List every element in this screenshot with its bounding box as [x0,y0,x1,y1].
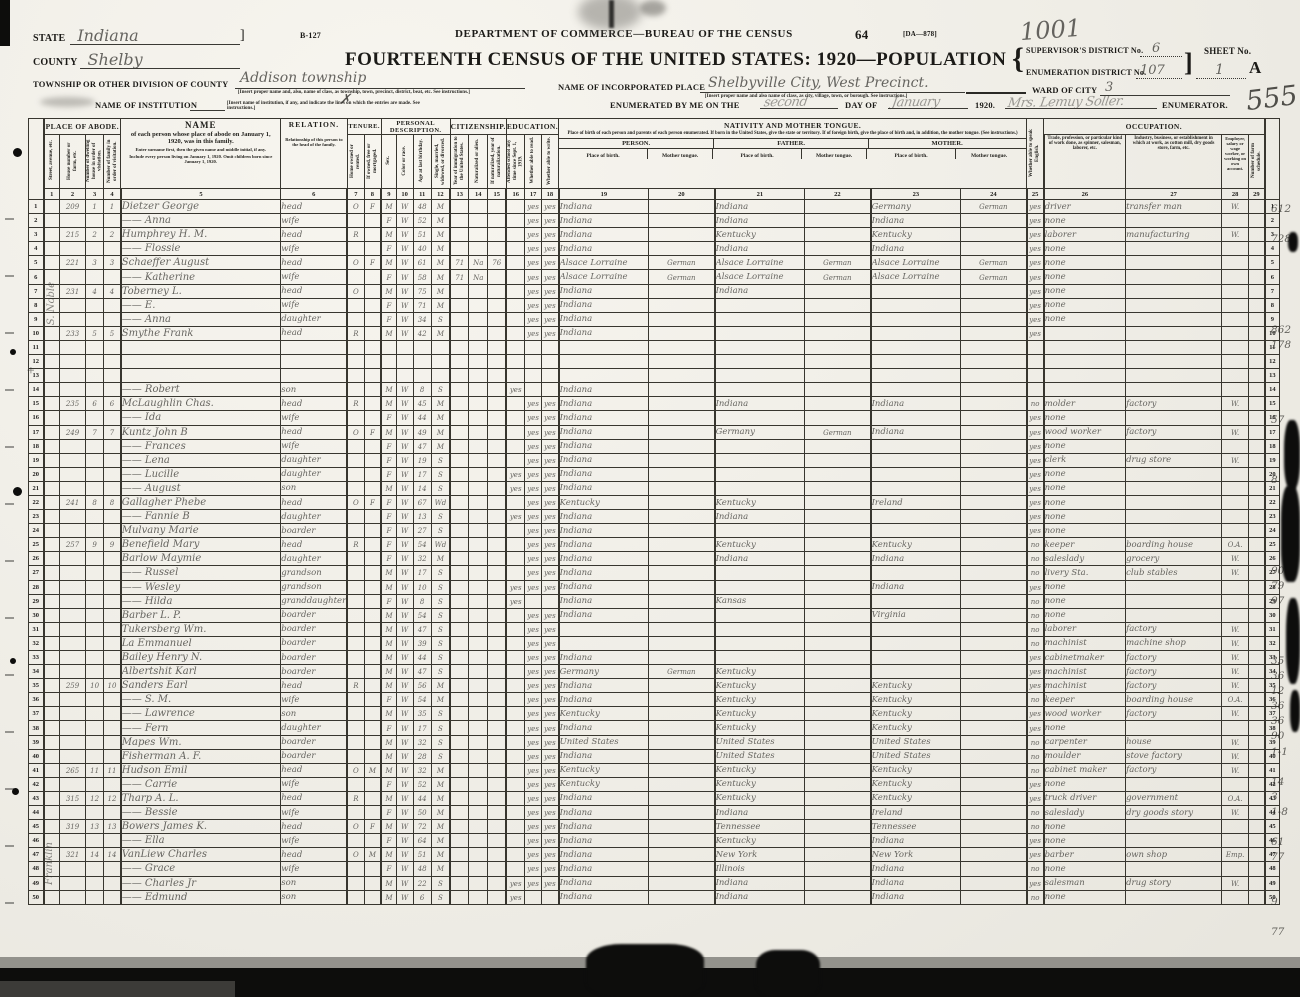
cell-home-owned [347,749,364,763]
cell-father-place-of-birth: Kentucky [715,707,805,721]
cell-color: W [396,707,413,721]
cell-industry [1126,312,1222,326]
cell-trade: none [1044,439,1126,453]
cell-dwelling-number [86,890,104,904]
cell-naturalization-year [488,411,507,425]
column-number: 10 [396,189,413,200]
cell-trade: saleslady [1044,552,1126,566]
cell-attended-school [506,355,524,369]
cell-sex: F [381,510,396,524]
cell-mother-mother-tongue [961,876,1027,890]
cell-trade: none [1044,721,1126,735]
cell-house-number: 221 [60,256,86,270]
margin-number: 97 [1271,595,1284,607]
cell-relation: wife [281,693,347,707]
cell-age: 14 [413,481,431,495]
cell-naturalization-year [488,735,507,749]
cell-family-number: 9 [104,538,121,552]
cell-mother-tongue [649,524,715,538]
margin-number: 77 [1271,926,1284,938]
cell-street [44,721,60,735]
cell-marital-status: S [431,608,450,622]
hole-punch [10,349,16,355]
cell-name: Gallagher Phebe [121,495,281,509]
cell-dwelling-number [86,298,104,312]
county-value: Shelby [88,50,143,69]
cell-employment [1222,834,1249,848]
cell-mortgage [364,552,381,566]
cell-speaks-english [1027,340,1044,354]
cell-employment [1222,214,1249,228]
census-row: 31Tukersberg Wm.boarderMW47Syesyesnolabo… [29,622,1280,636]
cell-farm-schedule [1249,340,1265,354]
cell-dwelling-number [86,862,104,876]
cell-father-mother-tongue [805,777,871,791]
cell-farm-schedule [1249,481,1265,495]
cell-mortgage: F [364,256,381,270]
cell-mother-mother-tongue [961,284,1027,298]
department-line: DEPARTMENT OF COMMERCE—BUREAU OF THE CEN… [455,28,793,40]
cell-father-mother-tongue [805,538,871,552]
cell-street [44,693,60,707]
row-number-left: 47 [29,848,44,862]
cell-naturalized [469,312,488,326]
row-number-left: 4 [29,242,44,256]
cell-dwelling-number: 8 [86,495,104,509]
cell-can-read: yes [525,284,542,298]
cell-street [44,326,60,340]
cell-marital-status: S [431,566,450,580]
cell-color: W [396,834,413,848]
cell-mother-mother-tongue [961,242,1027,256]
cell-immigration-year [450,622,469,636]
row-number-left: 8 [29,298,44,312]
cell-relation: wife [281,214,347,228]
cell-family-number [104,693,121,707]
cell-immigration-year: 71 [450,270,469,284]
cell-father-place-of-birth [715,411,805,425]
cell-father-mother-tongue [805,876,871,890]
cell-speaks-english: yes [1027,214,1044,228]
col-personal: Color or race. [396,135,413,189]
cell-color: W [396,200,413,214]
cell-farm-schedule [1249,369,1265,383]
cell-mother-place-of-birth [871,411,961,425]
cell-mother-place-of-birth [871,665,961,679]
cell-house-number [60,777,86,791]
cell-home-owned [347,298,364,312]
cell-mortgage [364,298,381,312]
cell-mother-place-of-birth: Kentucky [871,538,961,552]
col-industry: Industry, business, or establishment in … [1126,135,1222,189]
cell-home-owned: O [347,284,364,298]
cell-dwelling-number [86,876,104,890]
cell-family-number [104,566,121,580]
cell-age [413,355,431,369]
cell-farm-schedule [1249,397,1265,411]
cell-naturalization-year [488,552,507,566]
cell-marital-status: M [431,439,450,453]
row-number-left: 20 [29,467,44,481]
cell-attended-school: yes [506,876,524,890]
cell-house-number: 257 [60,538,86,552]
cell-age: 19 [413,453,431,467]
column-number: 20 [649,189,715,200]
cell-mother-tongue [649,707,715,721]
cell-house-number [60,749,86,763]
cell-speaks-english: no [1027,622,1044,636]
cell-father-mother-tongue [805,495,871,509]
cell-sex: M [381,397,396,411]
cell-industry: boarding house [1126,538,1222,552]
column-number: 5 [121,189,281,200]
cell-father-place-of-birth [715,467,805,481]
enumeration-label: ENUMERATION DISTRICT No. [1026,68,1146,77]
cell-can-write: yes [542,200,559,214]
cell-attended-school [506,214,524,228]
cell-naturalized [469,411,488,425]
cell-marital-status: Wd [431,538,450,552]
cell-can-write [542,383,559,397]
cell-naturalized: Na [469,256,488,270]
cell-name: Tharp A. L. [121,791,281,805]
cell-house-number: 315 [60,791,86,805]
cell-attended-school [506,552,524,566]
cell-father-mother-tongue [805,622,871,636]
cell-speaks-english: yes [1027,834,1044,848]
cell-place-of-birth: Indiana [559,552,649,566]
cell-dwelling-number [86,594,104,608]
cell-mother-mother-tongue [961,439,1027,453]
cell-place-of-birth: Indiana [559,876,649,890]
hole-punch [10,658,16,664]
margin-number: 90 [1271,730,1284,742]
cell-father-mother-tongue [805,665,871,679]
year-label: 1920. [975,100,995,110]
cell-marital-status: M [431,791,450,805]
cell-mother-mother-tongue [961,397,1027,411]
cell-speaks-english: yes [1027,791,1044,805]
cell-employment: W. [1222,425,1249,439]
group-place-of-abode: PLACE OF ABODE. [44,119,121,135]
scan-smudge [640,0,666,16]
cell-relation: boarder [281,524,347,538]
cell-can-write: yes [542,608,559,622]
cell-mother-mother-tongue [961,820,1027,834]
cell-relation: grandson [281,566,347,580]
cell-naturalized: Na [469,270,488,284]
cell-name: Bailey Henry N. [121,651,281,665]
cell-place-of-birth: Indiana [559,580,649,594]
cell-father-place-of-birth [715,481,805,495]
cell-father-place-of-birth: Indiana [715,397,805,411]
cell-immigration-year [450,439,469,453]
cell-speaks-english: no [1027,552,1044,566]
cell-family-number [104,707,121,721]
nativity-mother: MOTHER. [869,139,1025,148]
cell-trade: laborer [1044,622,1126,636]
cell-mother-place-of-birth: Kentucky [871,228,961,242]
cell-father-mother-tongue [805,763,871,777]
cell-mother-mother-tongue [961,890,1027,904]
census-row: 29—— HildagranddaughterFW8SyesIndianaKan… [29,594,1280,608]
cell-house-number: 231 [60,284,86,298]
cell-trade: keeper [1044,538,1126,552]
incorporated-value: Shelbyville City, West Precinct. [708,75,929,91]
cell-relation: head [281,397,347,411]
cell-sex: F [381,312,396,326]
cell-family-number: 14 [104,848,121,862]
row-number-left: 1 [29,200,44,214]
cell-mortgage [364,693,381,707]
cell-father-mother-tongue [805,862,871,876]
census-row: 6—— KatherinewifeFW58M71NayesyesAlsace L… [29,270,1280,284]
cell-street [44,256,60,270]
cell-mother-place-of-birth [871,524,961,538]
row-number-left: 7 [29,284,44,298]
cell-mortgage [364,397,381,411]
cell-sex: M [381,735,396,749]
cell-family-number [104,270,121,284]
cell-sex: F [381,453,396,467]
cell-employment: W. [1222,622,1249,636]
cell-mother-place-of-birth: Kentucky [871,791,961,805]
cell-father-place-of-birth: Kentucky [715,495,805,509]
cell-can-read [525,890,542,904]
cell-name: Hudson Emil [121,763,281,777]
cell-naturalization-year [488,312,507,326]
cell-employment [1222,594,1249,608]
cell-house-number [60,693,86,707]
cell-employment [1222,890,1249,904]
cell-mother-tongue [649,735,715,749]
cell-house-number [60,862,86,876]
cell-house-number: 249 [60,425,86,439]
cell-father-place-of-birth: Indiana [715,876,805,890]
cell-street [44,411,60,425]
cell-naturalization-year [488,214,507,228]
cell-employment [1222,284,1249,298]
cell-father-mother-tongue [805,890,871,904]
cell-name: —— Anna [121,312,281,326]
cell-color: W [396,256,413,270]
cell-immigration-year [450,453,469,467]
cell-industry [1126,411,1222,425]
cell-color: W [396,467,413,481]
cell-dwelling-number: 11 [86,763,104,777]
cell-attended-school [506,707,524,721]
cell-mortgage [364,369,381,383]
column-number: 11 [413,189,431,200]
edge-tick [5,275,14,277]
cell-can-read: yes [525,566,542,580]
cell-naturalization-year [488,538,507,552]
cell-can-read [525,383,542,397]
cell-father-place-of-birth: Kentucky [715,665,805,679]
col-label: Whether able to speak English. [1029,128,1041,178]
cell-mother-mother-tongue [961,495,1027,509]
cell-can-write: yes [542,439,559,453]
cell-naturalized [469,228,488,242]
cell-can-read: yes [525,467,542,481]
cell-age: 40 [413,242,431,256]
margin-number: 12 [1271,685,1284,697]
row-number-left: 46 [29,834,44,848]
cell-mother-tongue [649,369,715,383]
cell-naturalization-year [488,791,507,805]
cell-mother-tongue [649,383,715,397]
ward-value: 3 [1105,80,1113,95]
cell-mother-tongue [649,326,715,340]
cell-sex [381,355,396,369]
cell-farm-schedule [1249,707,1265,721]
cell-immigration-year [450,763,469,777]
cell-father-place-of-birth [715,608,805,622]
cell-sex: F [381,721,396,735]
cell-can-write: yes [542,228,559,242]
institution-underline [190,110,225,111]
cell-naturalization-year [488,763,507,777]
row-number-right: 6 [1265,270,1280,284]
cell-father-mother-tongue [805,791,871,805]
cell-relation: head [281,228,347,242]
cell-naturalization-year [488,200,507,214]
cell-industry: transfer man [1126,200,1222,214]
cell-mortgage [364,270,381,284]
cell-relation: head [281,763,347,777]
cell-age: 48 [413,200,431,214]
cell-can-read: yes [525,495,542,509]
cell-family-number [104,834,121,848]
cell-employment: W. [1222,566,1249,580]
cell-sex: M [381,763,396,777]
census-row: 21—— AugustsonMW14SyesyesyesIndianayesno… [29,481,1280,495]
cell-mortgage: F [364,820,381,834]
cell-relation: boarder [281,749,347,763]
cell-marital-status: S [431,876,450,890]
cell-name: Dietzer George [121,200,281,214]
margin-number: 612 [1271,203,1291,215]
cell-mother-place-of-birth: Ireland [871,495,961,509]
cell-home-owned [347,369,364,383]
cell-speaks-english: yes [1027,453,1044,467]
cell-mother-tongue [649,425,715,439]
cell-mortgage [364,608,381,622]
row-number-right: 14 [1265,383,1280,397]
cell-attended-school [506,284,524,298]
cell-place-of-birth: Indiana [559,439,649,453]
cell-sex: F [381,495,396,509]
cell-family-number [104,214,121,228]
cell-mortgage [364,707,381,721]
cell-employment: O.A. [1222,791,1249,805]
cell-farm-schedule [1249,848,1265,862]
cell-mother-tongue [649,862,715,876]
cell-home-owned [347,467,364,481]
cell-industry: drug story [1126,876,1222,890]
census-row: 42—— CarriewifeFW52MyesyesKentuckyKentuc… [29,777,1280,791]
cell-place-of-birth: Indiana [559,538,649,552]
cell-name: —— Katherine [121,270,281,284]
cell-mother-place-of-birth: Virginia [871,608,961,622]
cell-attended-school [506,791,524,805]
cell-speaks-english: yes [1027,284,1044,298]
cell-attended-school [506,721,524,735]
cell-color: W [396,411,413,425]
margin-number: 14 [1271,776,1284,788]
cell-attended-school [506,848,524,862]
cell-father-mother-tongue [805,481,871,495]
cell-family-number: 7 [104,425,121,439]
cell-mother-tongue [649,242,715,256]
cell-mother-mother-tongue [961,538,1027,552]
cell-color: W [396,806,413,820]
cell-name: Bowers James K. [121,820,281,834]
col-trade: Trade, profession, or particular kind of… [1044,135,1126,189]
cell-farm-schedule [1249,693,1265,707]
cell-mother-mother-tongue [961,552,1027,566]
cell-age: 27 [413,524,431,538]
cell-can-write: yes [542,214,559,228]
incorporated-underline [700,92,965,93]
cell-mother-mother-tongue [961,411,1027,425]
cell-mortgage [364,510,381,524]
cell-mortgage [364,284,381,298]
cell-immigration-year [450,820,469,834]
cell-sex: F [381,552,396,566]
cell-place-of-birth: Indiana [559,326,649,340]
cell-speaks-english: yes [1027,200,1044,214]
cell-mortgage [364,411,381,425]
cell-employment: W. [1222,665,1249,679]
cell-color: W [396,791,413,805]
cell-house-number [60,636,86,650]
state-value: Indiana [77,26,138,45]
cell-naturalized [469,242,488,256]
cell-dwelling-number [86,510,104,524]
cell-dwelling-number: 13 [86,820,104,834]
census-row: 1523566McLaughlin Chas.headRMW45MyesyesI… [29,397,1280,411]
cell-can-write: yes [542,495,559,509]
cell-mortgage [364,806,381,820]
supervisor-label: SUPERVISOR'S DISTRICT No. [1026,46,1143,55]
cell-can-write: yes [542,510,559,524]
cell-attended-school [506,200,524,214]
cell-attended-school [506,679,524,693]
cell-house-number [60,834,86,848]
cell-home-owned [347,806,364,820]
cell-place-of-birth: Indiana [559,214,649,228]
cell-farm-schedule [1249,538,1265,552]
cell-street [44,890,60,904]
cell-street [44,820,60,834]
cell-immigration-year [450,411,469,425]
cell-age: 13 [413,510,431,524]
cell-name: —— Hilda [121,594,281,608]
cell-dwelling-number [86,312,104,326]
cell-place-of-birth: Indiana [559,453,649,467]
cell-relation: son [281,383,347,397]
scan-blot [586,944,704,997]
cell-naturalization-year [488,270,507,284]
cell-street [44,735,60,749]
ward-underline [1100,95,1230,96]
cell-speaks-english: no [1027,862,1044,876]
row-number-right: 25 [1265,538,1280,552]
cell-industry [1126,439,1222,453]
cell-relation: granddaughter [281,594,347,608]
cell-house-number [60,270,86,284]
